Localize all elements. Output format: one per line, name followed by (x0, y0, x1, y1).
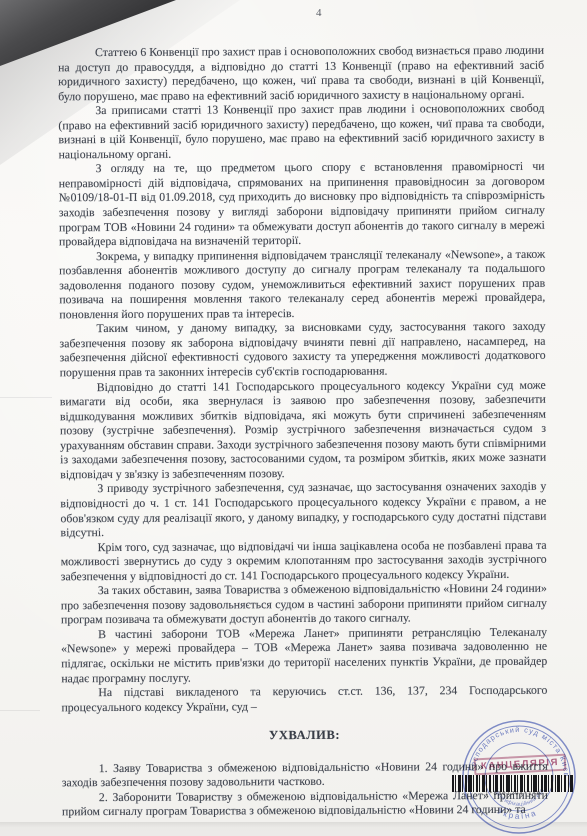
paragraph: З огляду на те, що предметом цього спору… (59, 159, 545, 249)
paragraph: За приписами статті 13 Конвенції про зах… (58, 101, 544, 162)
paragraph: З приводу зустрічного забезпечення, суд … (60, 479, 546, 540)
paragraph: В частині заборони ТОВ «Мережа Ланет» пр… (61, 625, 547, 686)
paper-crease (0, 397, 52, 398)
paragraph: Крім того, суд зазначає, що відповідачі … (61, 537, 547, 583)
document-body: Статтею 6 Конвенції про захист прав і ос… (58, 43, 548, 819)
paragraph: Статтею 6 Конвенції про захист прав і ос… (58, 43, 544, 104)
page-number: 4 (316, 7, 322, 19)
paragraph: На підставі викладеного та керуючись ст.… (61, 683, 547, 715)
paper-crease (0, 710, 40, 711)
paragraph: Зокрема, у випадку припинення відповідач… (59, 246, 545, 321)
paragraph: Таким чином, у даному випадку, за виснов… (59, 319, 545, 380)
barcode-bars (452, 775, 574, 792)
paragraph: За таких обставин, заява Товариства з об… (61, 581, 547, 627)
barcode: 1*8301294*1*0 (452, 775, 574, 797)
paragraph: Відповідно до статті 141 Господарського … (60, 377, 547, 481)
